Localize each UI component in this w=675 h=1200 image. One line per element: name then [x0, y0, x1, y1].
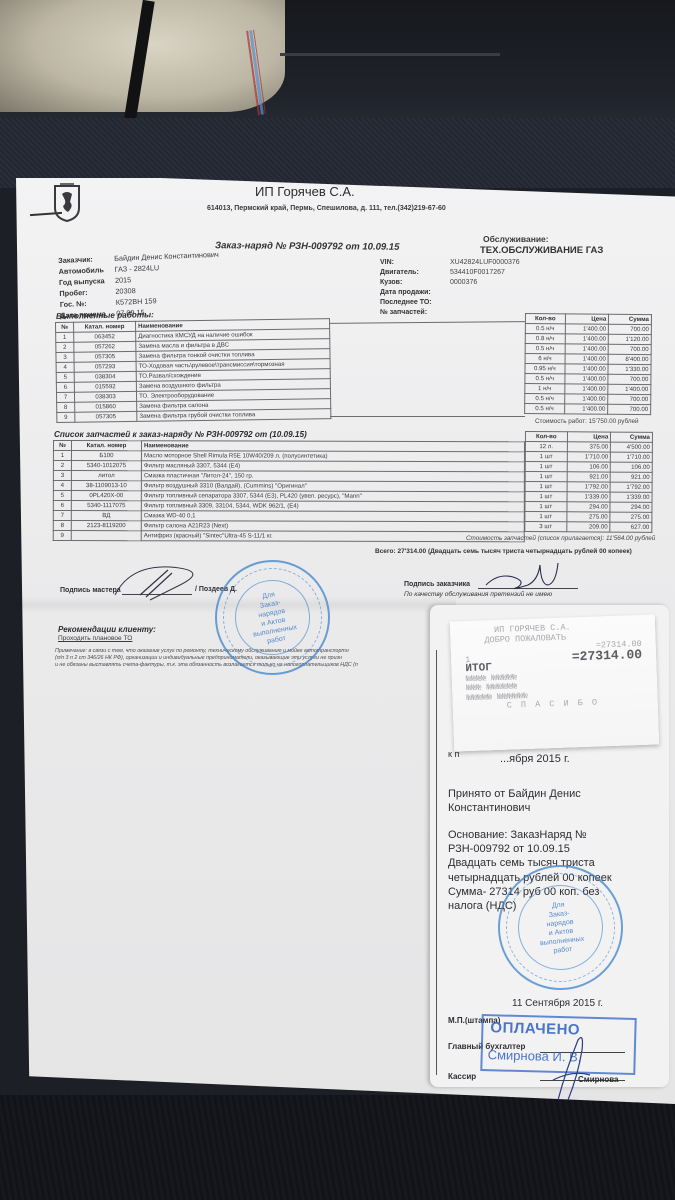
table-row: 1 шт921.00921.00 [525, 472, 652, 483]
cell-sum: 700.00 [608, 374, 651, 384]
info-row: Двигатель:534410F0017267 [380, 268, 520, 278]
table-row: 65340-1117075Фильтр топливный 3309, 3310… [53, 501, 524, 512]
cell-price: 1'710.00 [567, 452, 611, 462]
grand-total: Всего: 27'314.00 (Двадцать семь тысяч тр… [375, 548, 632, 555]
table-row: 1 шт1'792.001'792.00 [525, 482, 652, 493]
cell-name: Масло моторное Shell Rimula R5E 10W40/20… [141, 451, 524, 462]
info-row: VIN:XU42824LUF0000376 [380, 258, 520, 268]
cell-n: 7 [53, 511, 71, 521]
dashboard-vent [280, 40, 500, 56]
cell-n: 9 [53, 531, 71, 541]
cell-qty: 12 л. [525, 442, 567, 452]
cell-n: 1 [53, 451, 71, 461]
cell-name: Фильтр топливный 3309, 33104, 5344, WDK … [141, 501, 524, 512]
cell-cat: 5340-1117075 [71, 501, 141, 511]
cell-price: 294.00 [567, 502, 611, 512]
cell-qty: 6 н/ч [525, 354, 565, 364]
cell-sum: 1'710.00 [611, 452, 653, 462]
cell-sum: 700.00 [608, 344, 651, 354]
cell-price: 1'400.00 [565, 354, 609, 364]
cell-n: 3 [56, 352, 74, 362]
receipt-date: 11 Сентября 2015 г. [512, 997, 603, 1011]
date-fragment: ...ября 2015 г. [500, 752, 570, 766]
cell-n: 5 [56, 372, 74, 382]
slip-border [436, 650, 437, 1075]
table-row: 82123-8119200Фильтр салона А21R23 (Next) [53, 521, 524, 532]
gaz-logo-icon [52, 180, 82, 222]
cell-cat: 38-1109013-10 [71, 481, 141, 491]
cash-register-check: ИП ГОРЯЧЕВ С.А. ДОБРО ПОЖАЛОВАТЬ =27314.… [450, 614, 659, 751]
recommendations-title: Рекомендации клиенту: [58, 625, 156, 634]
cell-qty: 1 шт [525, 452, 567, 462]
cell-qty: 1 шт [525, 502, 567, 512]
table-rule [330, 416, 525, 417]
table-row: 0.5 н/ч1'400.00700.00 [525, 324, 651, 335]
table-row: 1 шт275.00275.00 [525, 512, 652, 523]
cell-n: 9 [57, 412, 75, 422]
cell-price: 1'400.00 [564, 394, 608, 404]
cell-price: 1'792.00 [567, 482, 611, 492]
cell-price: 921.00 [567, 472, 611, 482]
table-row: 0.5 н/ч1'400.00700.00 [525, 344, 651, 355]
cashier-label: Кассир [448, 1070, 476, 1084]
cell-cat: 0PL420X-00 [71, 491, 141, 501]
cell-sum: 1'400.00 [608, 384, 651, 394]
cell-sum: 275.00 [610, 512, 652, 522]
cell-n: 7 [56, 392, 74, 402]
customer-signature-scribble [478, 555, 573, 595]
vehicle-info: VIN:XU42824LUF0000376 Двигатель:534410F0… [380, 258, 520, 318]
cell-qty: 1 шт [525, 492, 567, 502]
cell-name: Фильтр воздушный 3310 (Валдай), (Cummins… [141, 481, 524, 492]
cell-n: 4 [53, 481, 71, 491]
cell-n: 6 [53, 501, 71, 511]
cell-n: 2 [56, 342, 74, 352]
table-row: 0.5 н/ч1'400.00700.00 [525, 374, 651, 385]
cell-sum: 1'792.00 [610, 482, 652, 492]
cell-qty: 1 шт [525, 512, 567, 522]
cell-sum: 700.00 [608, 404, 651, 414]
cell-cat: ВД [71, 511, 141, 521]
parts-table-amounts: Кол-во Цена Сумма 12 л.375.004'500.001 ш… [524, 431, 653, 533]
cell-sum: 4'500.00 [611, 442, 653, 452]
table-row: 0.5 н/ч1'400.00700.00 [525, 394, 651, 405]
cell-n: 2 [53, 461, 71, 471]
cell-price: 1'400.00 [565, 344, 609, 354]
cell-price: 1'400.00 [565, 364, 609, 374]
cell-qty: 1 шт [525, 482, 567, 492]
cell-qty: 1 н/ч [525, 384, 565, 394]
cell-price: 209.00 [566, 522, 610, 532]
cell-sum: 1'339.00 [610, 492, 652, 502]
cell-cat: 057305 [75, 411, 137, 422]
seat-fabric-bottom [0, 1095, 675, 1200]
table-row: 1 шт1'710.001'710.00 [525, 452, 652, 463]
cell-price: 1'400.00 [565, 324, 609, 334]
cell-price: 1'400.00 [564, 384, 608, 394]
cell-n: 3 [53, 471, 71, 481]
company-name: ИП Горячев С.А. [255, 184, 355, 199]
works-table-amounts: Кол-во Цена Сумма 0.5 н/ч1'400.00700.000… [524, 313, 652, 415]
cell-qty: 0.95 н/ч [525, 364, 565, 374]
car-seat-fabric [0, 118, 675, 188]
cell-qty: 0.5 н/ч [525, 374, 565, 384]
cell-qty: 1 шт [525, 472, 567, 482]
info-row: Дата продажи: [380, 288, 520, 298]
table-row: 1 шт106.00106.00 [525, 462, 652, 473]
table-row: 1 шт1'339.001'339.00 [525, 492, 652, 503]
accepted-from: Принято от Байдин Денис Константинович [448, 787, 581, 815]
cell-cat: литол [71, 471, 141, 481]
works-total: Стоимость работ: 15'750.00 рублей [535, 418, 639, 425]
table-row: 9Антифриз (красный) "Sintec"Ultra-45 S-1… [53, 531, 524, 542]
cell-n: 8 [53, 521, 71, 531]
cell-sum: 700.00 [609, 324, 652, 334]
info-row: Кузов:0000376 [380, 278, 520, 288]
table-row: 438-1109013-10Фильтр воздушный 3310 (Вал… [53, 481, 524, 492]
table-row: 0.95 н/ч1'400.001'330.00 [525, 364, 651, 375]
cell-n: 5 [53, 491, 71, 501]
cell-sum: 294.00 [610, 502, 652, 512]
cell-name: Смазка пластичная "Литол-24", 150 гр. [141, 471, 524, 482]
cell-qty: 0.5 н/ч [525, 404, 565, 414]
cell-cat: 2123-8119200 [71, 521, 141, 531]
cell-qty: 0.5 н/ч [525, 394, 565, 404]
cell-name: Замена фильтра грубой очистки топлива [137, 409, 331, 422]
table-row: 25340-1012075Фильтр масляный 3307, 5344 … [53, 461, 524, 472]
info-row: Последнее ТО: [380, 298, 520, 308]
table-row: 12 л.375.004'500.00 [525, 442, 652, 453]
cell-sum: 921.00 [610, 472, 652, 482]
cell-sum: 1'330.00 [608, 364, 651, 374]
company-address: 614013, Пермский край, Пермь, Спешилова,… [207, 205, 446, 212]
cell-n: 6 [56, 382, 74, 392]
order-title: Заказ-наряд № РЗН-009792 от 10.09.15 [215, 240, 399, 253]
cell-sum: 700.00 [608, 394, 651, 404]
cell-cat: 5340-1012075 [71, 461, 141, 471]
table-row: 6 н/ч1'400.008'400.00 [525, 354, 651, 365]
table-row: 1 шт294.00294.00 [525, 502, 652, 513]
cell-qty: 3 шт [525, 522, 567, 532]
parts-table: № Катал. номер Наименование 1Б100Масло м… [53, 440, 525, 542]
table-row: 0.8 н/ч1'400.001'120.00 [525, 334, 651, 345]
table-row: 3 шт209.00627.00 [525, 522, 652, 533]
cell-cat [71, 531, 141, 541]
cell-n: 8 [57, 402, 75, 412]
cell-qty: 0.5 н/ч [525, 324, 565, 334]
cell-n: 1 [56, 332, 74, 342]
cell-price: 375.00 [567, 442, 611, 452]
service-value: ТЕХ.ОБСЛУЖИВАНИЕ ГАЗ [480, 245, 603, 256]
master-signature-scribble [110, 555, 220, 605]
cashier-signature-scribble [548, 1030, 593, 1105]
cell-name: Фильтр масляный 3307, 5344 (Е4) [141, 461, 524, 472]
cell-name: Фильтр салона А21R23 (Next) [141, 521, 524, 532]
cell-sum: 8'400.00 [608, 354, 651, 364]
recommendation-item: Проходить плановое ТО [58, 635, 132, 642]
check-total: =27314.00 [572, 649, 643, 661]
cell-price: 106.00 [567, 462, 611, 472]
cell-sum: 1'120.00 [609, 334, 652, 344]
cell-price: 1'339.00 [567, 492, 611, 502]
cell-qty: 0.5 н/ч [525, 344, 565, 354]
cell-price: 1'400.00 [565, 334, 609, 344]
cell-price: 1'400.00 [565, 374, 609, 384]
works-table: № Катал. номер Наименование 1063452Диагн… [55, 318, 331, 423]
service-label: Обслуживание: [483, 234, 549, 244]
works-title: Выполненные работы: [56, 310, 154, 321]
info-row: № запчастей: [380, 308, 520, 318]
cell-name: Фильтр топливный сепаратора 3307, 5344 (… [141, 491, 524, 502]
cell-qty: 1 шт [525, 462, 567, 472]
parts-title: Список запчастей к заказ-наряду № РЗН-00… [54, 430, 307, 439]
cell-qty: 0.8 н/ч [525, 334, 565, 344]
cell-sum: 627.00 [610, 522, 652, 532]
customer-signature-label: Подпись заказчика [404, 581, 470, 588]
cell-price: 275.00 [567, 512, 611, 522]
cell-price: 1'400.00 [564, 404, 608, 414]
cell-sum: 106.00 [611, 462, 653, 472]
table-row: 0.5 н/ч1'400.00700.00 [525, 404, 651, 415]
parts-total: Стоимость запчастей (список прилагается)… [466, 535, 655, 542]
table-row: 1 н/ч1'400.001'400.00 [525, 384, 651, 395]
date-fragment-k: к п [448, 747, 459, 761]
cell-cat: Б100 [71, 451, 141, 461]
cell-n: 4 [56, 362, 74, 372]
